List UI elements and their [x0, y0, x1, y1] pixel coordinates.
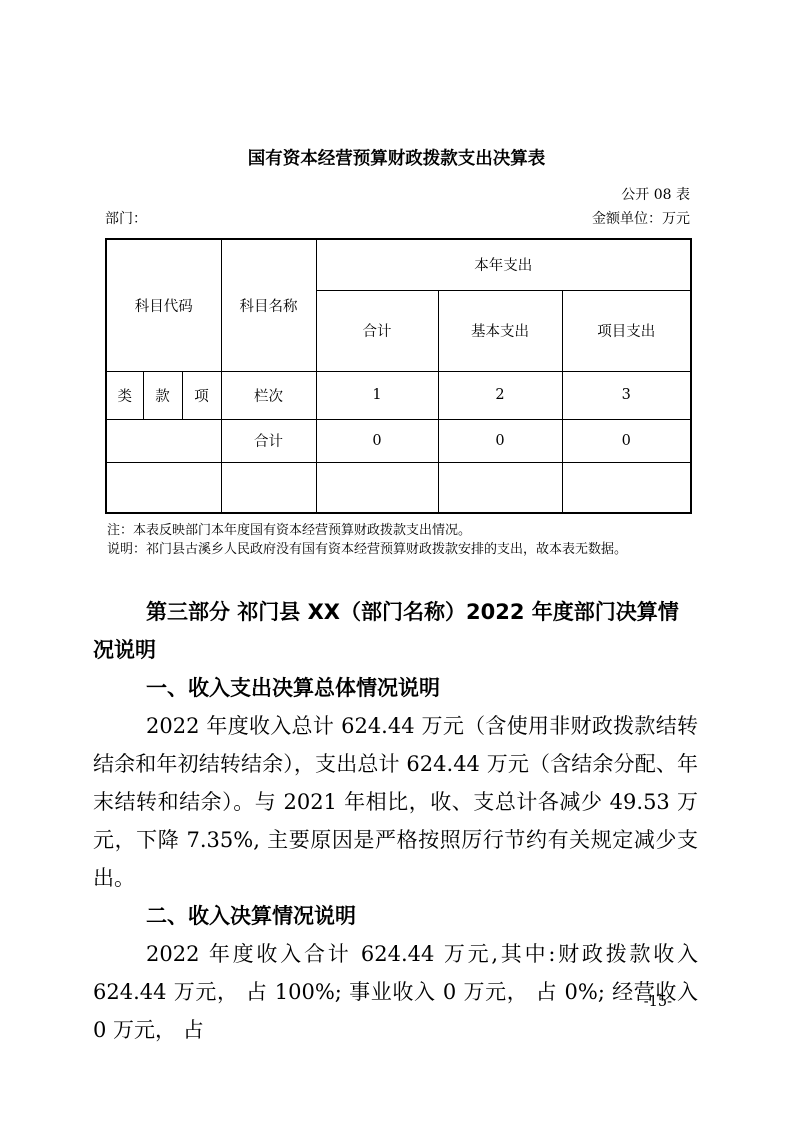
table-meta-row: 部门： 金额单位：万元 [105, 210, 690, 228]
page-title: 国有资本经营预算财政拨款支出决算表 [0, 0, 793, 172]
cell-blank-code [106, 462, 221, 513]
table-row-column-index: 类 款 项 栏次 1 2 3 [106, 371, 691, 419]
header-basic-expenditure: 基本支出 [438, 290, 562, 371]
table-header-row-1: 科目代码 科目名称 本年支出 [106, 239, 691, 290]
page-number: -15- [644, 993, 672, 1011]
cell-total-sum: 0 [316, 419, 438, 462]
cell-total-basic: 0 [438, 419, 562, 462]
table-explanation: 说明：祁门县古溪乡人民政府没有国有资本经营预算财政拨款安排的支出，故本表无数据。 [107, 540, 703, 559]
cell-item: 项 [182, 371, 221, 419]
report-section: 第三部分 祁门县 XX（部门名称）2022 年度部门决算情况说明 一、收入支出决… [93, 593, 698, 1049]
header-subject-name: 科目名称 [221, 239, 316, 371]
paragraph-income-expenditure-overview: 2022 年度收入总计 624.44 万元（含使用非财政拨款结转结余和年初结转结… [93, 707, 698, 897]
cell-section: 款 [143, 371, 182, 419]
cell-blank-sum [316, 462, 438, 513]
cell-code-empty [106, 419, 221, 462]
cell-class: 类 [106, 371, 143, 419]
table-row-total: 合计 0 0 0 [106, 419, 691, 462]
form-number-label: 公开 08 表 [105, 186, 690, 204]
department-label: 部门： [105, 210, 147, 228]
cell-blank-name [221, 462, 316, 513]
document-page: 国有资本经营预算财政拨款支出决算表 公开 08 表 部门： 金额单位：万元 科目… [0, 0, 793, 1122]
subsection-1-title: 一、收入支出决算总体情况说明 [93, 669, 698, 707]
table-note: 注：本表反映部门本年度国有资本经营预算财政拨款支出情况。 [107, 521, 703, 540]
table-row-blank [106, 462, 691, 513]
header-current-year-expenditure: 本年支出 [316, 239, 691, 290]
amount-unit-label: 金额单位：万元 [592, 210, 690, 228]
cell-column-label: 栏次 [221, 371, 316, 419]
cell-total-project: 0 [562, 419, 691, 462]
cell-col-3: 3 [562, 371, 691, 419]
paragraph-income-detail: 2022 年度收入合计 624.44 万元,其中:财政拨款收入 624.44 万… [93, 935, 698, 1049]
cell-blank-project [562, 462, 691, 513]
cell-total-label: 合计 [221, 419, 316, 462]
cell-col-2: 2 [438, 371, 562, 419]
cell-col-1: 1 [316, 371, 438, 419]
expenditure-table: 科目代码 科目名称 本年支出 合计 基本支出 项目支出 类 款 项 栏次 1 2… [105, 238, 692, 514]
table-notes: 注：本表反映部门本年度国有资本经营预算财政拨款支出情况。 说明：祁门县古溪乡人民… [107, 521, 703, 559]
subsection-2-title: 二、收入决算情况说明 [93, 897, 698, 935]
section-heading: 第三部分 祁门县 XX（部门名称）2022 年度部门决算情况说明 [93, 593, 698, 669]
header-subject-code: 科目代码 [106, 239, 221, 371]
header-total: 合计 [316, 290, 438, 371]
cell-blank-basic [438, 462, 562, 513]
header-project-expenditure: 项目支出 [562, 290, 691, 371]
